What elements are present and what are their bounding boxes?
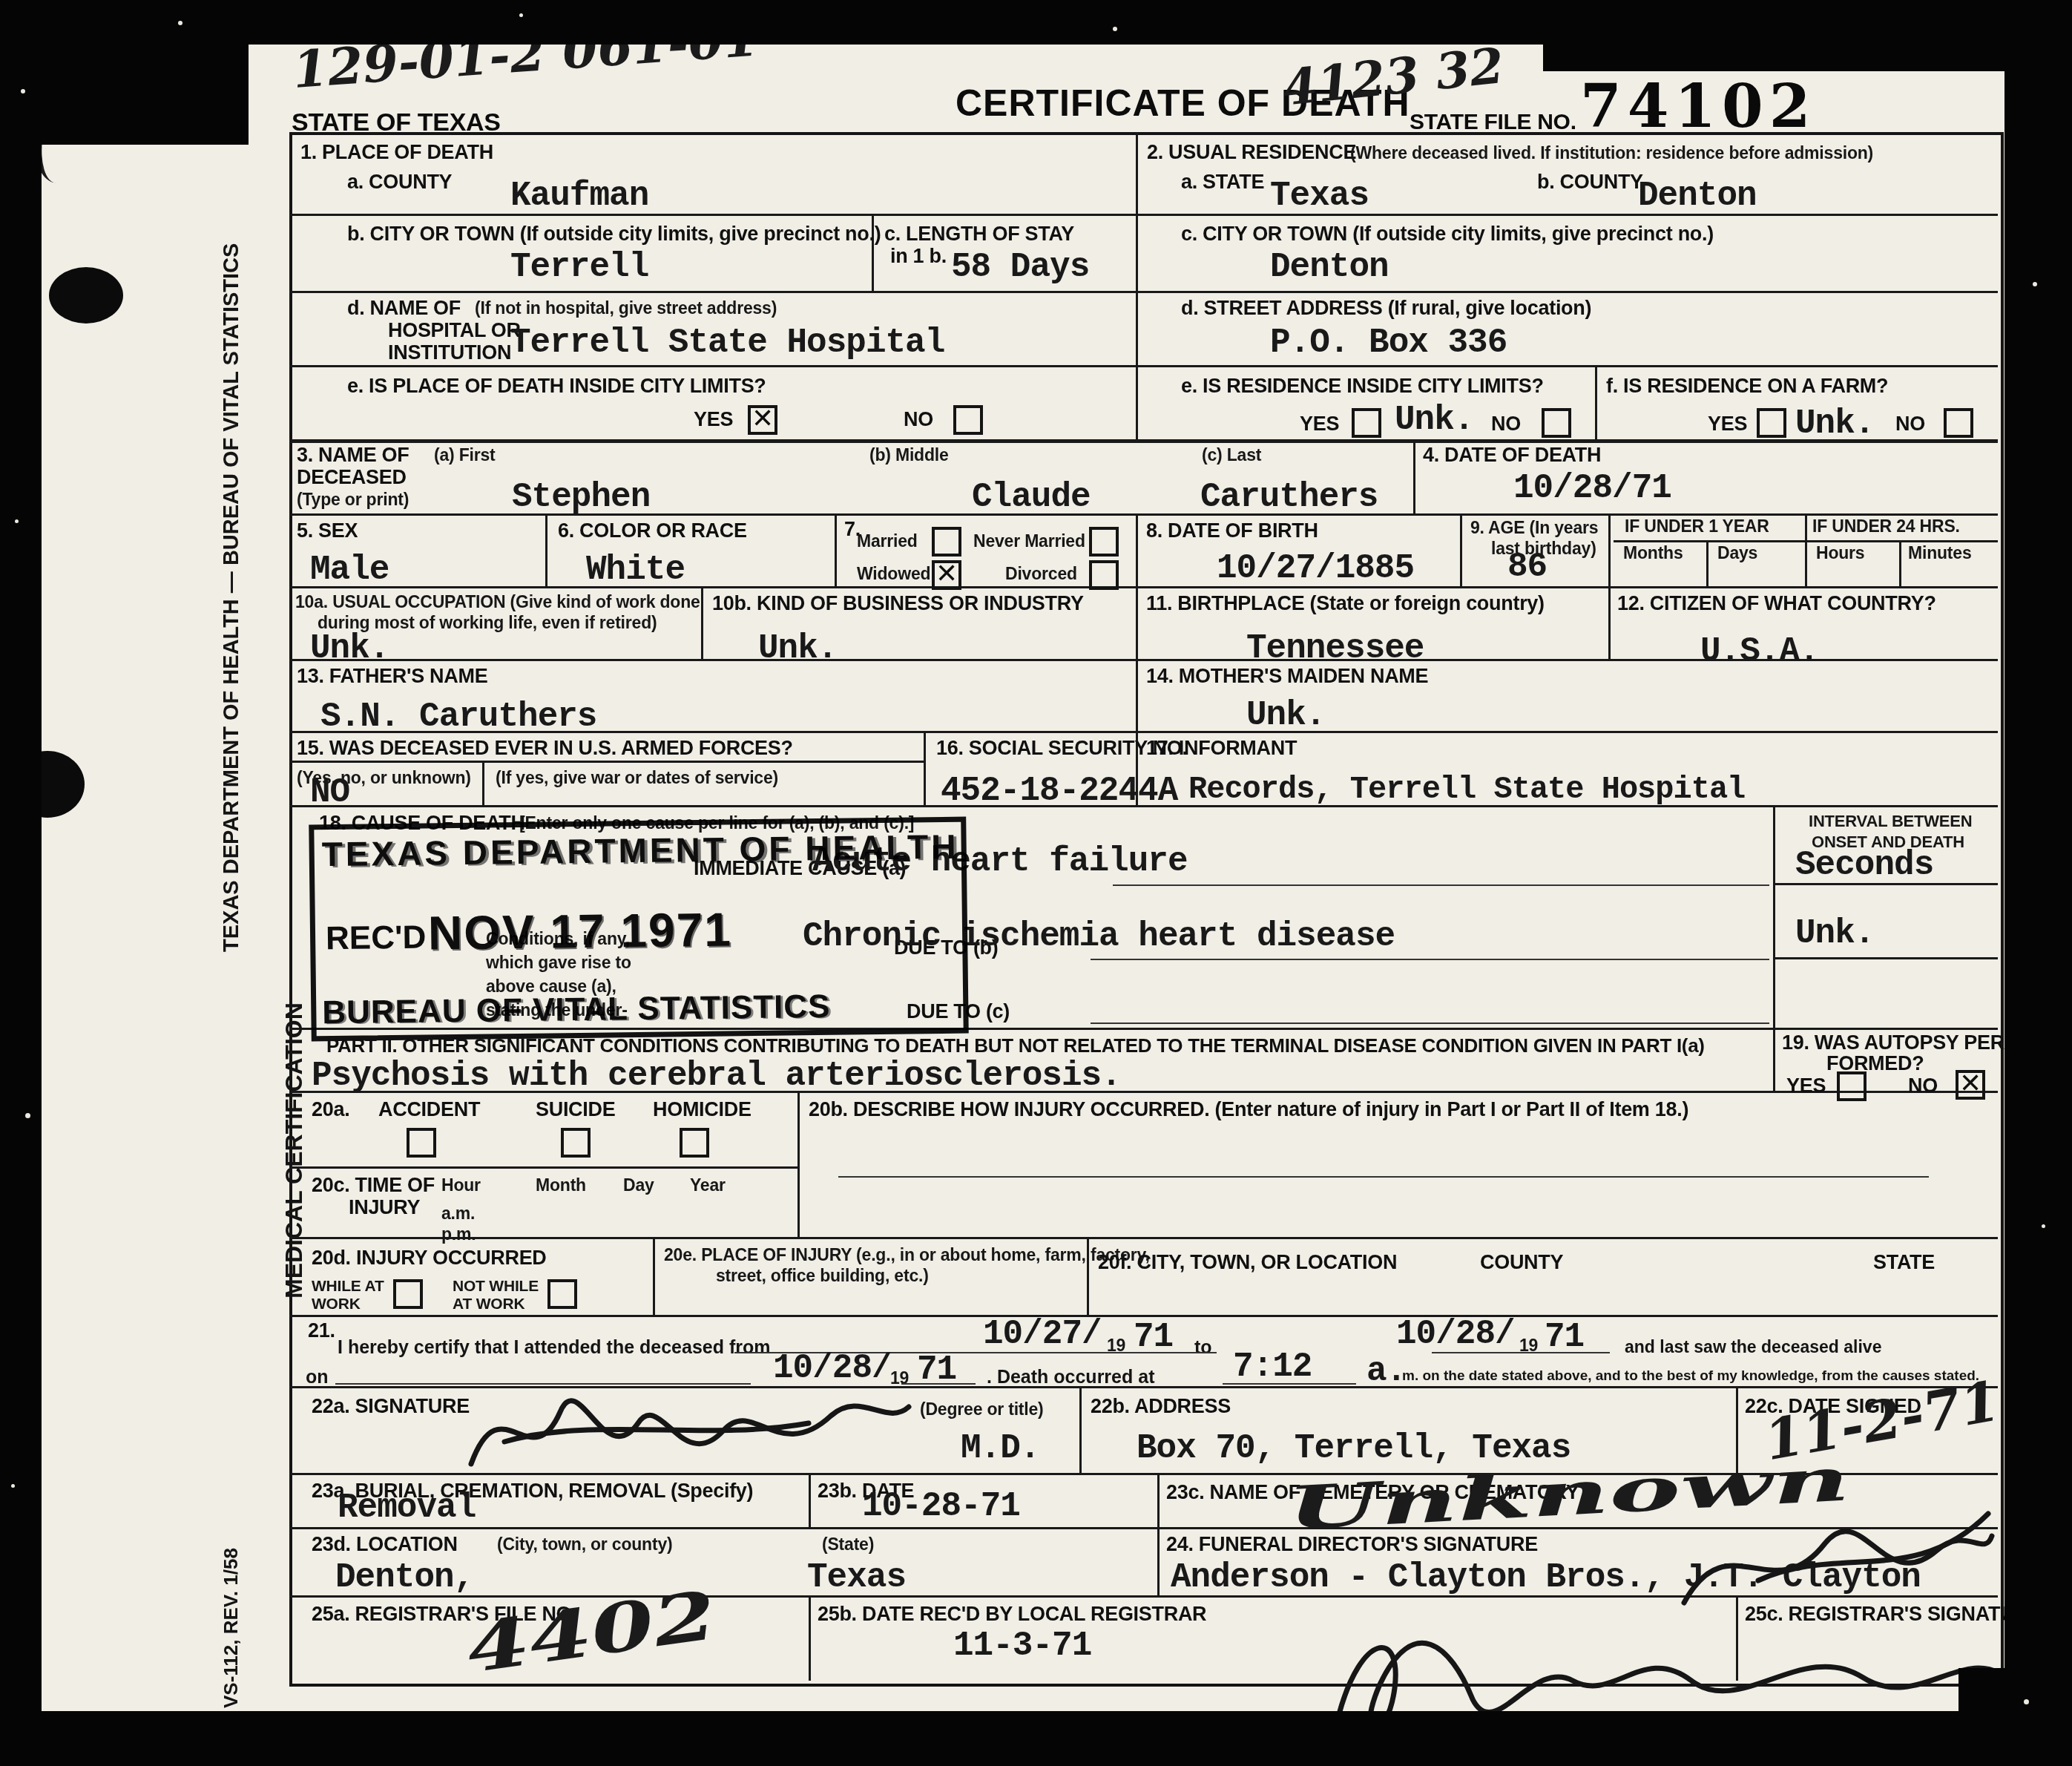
scan-edge-right (2004, 0, 2072, 1766)
field-20c-label1: 20c. TIME OF (312, 1174, 435, 1197)
field-1b-city-value: Terrell (510, 248, 648, 286)
rule-line (1413, 439, 1415, 513)
field-24-funeral-label: 24. FUNERAL DIRECTOR'S SIGNATURE (1166, 1533, 1538, 1556)
field-20c-day-label: Day (623, 1175, 654, 1195)
rule-line (1136, 513, 1138, 805)
answer-line (838, 1176, 1929, 1178)
scan-speck (11, 1484, 15, 1488)
field-4-dod-value: 10/28/71 (1513, 469, 1671, 508)
field-20c-am-label: a.m. (441, 1204, 475, 1224)
rule-line (1706, 540, 1708, 586)
field-3-first-label: (a) First (434, 445, 496, 465)
field-3-title3: (Type or print) (297, 490, 409, 510)
field-12-citizen-value: U.S.A. (1700, 632, 1819, 671)
field-25b-daterecd-label: 25b. DATE REC'D BY LOCAL REGISTRAR (818, 1603, 1206, 1626)
field-20c-month-label: Month (536, 1175, 586, 1195)
checkbox-1e-yes: ✕ (748, 405, 777, 435)
field-21-alive-text: and last saw the deceased alive (1625, 1337, 1881, 1357)
checkbox-1e-no (953, 405, 983, 435)
field-2c-city-label: c. CITY OR TOWN (If outside city limits,… (1181, 223, 1714, 246)
field-2f-no-label: NO (1895, 413, 1925, 436)
field-1d-hospital-paren: (If not in hospital, give street address… (475, 298, 777, 318)
field-14-mother-value: Unk. (1246, 696, 1325, 735)
field-21-from-date: 10/27/ (983, 1315, 1102, 1353)
checkbox-20a-suicide (561, 1128, 591, 1158)
interval-b-value: Unk. (1795, 914, 1874, 953)
field-8-dob-value: 10/27/1885 (1217, 549, 1414, 588)
field-20f-label: 20f. CITY, TOWN, OR LOCATION (1098, 1251, 1397, 1274)
field-20f-county-label: COUNTY (1480, 1251, 1563, 1274)
field-22a-md-value: M.D. (961, 1429, 1039, 1468)
checkbox-19-no: ✕ (1956, 1070, 1985, 1100)
scan-speck (1113, 27, 1117, 31)
rule-line (1773, 957, 1998, 959)
field-6-race-value: White (586, 551, 685, 589)
checkbox-7-married (932, 527, 961, 557)
rule-line (809, 1595, 811, 1681)
field-10b-industry-value: Unk. (758, 629, 837, 668)
checkbox-20a-accident (407, 1128, 436, 1158)
state-file-no-label: STATE FILE NO. (1410, 110, 1576, 135)
answer-line (1113, 884, 1769, 886)
rule-line (289, 586, 1998, 588)
field-20d-notwhile2: AT WORK (453, 1296, 524, 1313)
field-21-to-date: 10/28/ (1396, 1315, 1515, 1353)
scanned-death-certificate: TEXAS DEPARTMENT OF HEALTH — BUREAU OF V… (0, 0, 2072, 1766)
bureau-received-stamp: TEXAS DEPARTMENT OF HEALTH REC'D NOV 17 … (309, 817, 969, 1042)
scan-speck (519, 13, 523, 17)
field-3-first-value: Stephen (512, 478, 650, 516)
field-13-father-value: S.N. Caruthers (320, 697, 596, 736)
margin-department-text: TEXAS DEPARTMENT OF HEALTH — BUREAU OF V… (220, 266, 254, 952)
field-2b-county-value: Denton (1638, 177, 1757, 215)
field-12-citizen-label: 12. CITIZEN OF WHAT COUNTRY? (1617, 592, 1936, 615)
field-2a-state-value: Texas (1270, 177, 1369, 215)
field-23d-city-paren: (City, town, or county) (497, 1534, 672, 1555)
rule-line (289, 439, 1998, 443)
field-20e-label1: 20e. PLACE OF INJURY (e.g., in or about … (664, 1245, 1150, 1265)
scan-speck (21, 89, 25, 93)
field-19-no-label: NO (1908, 1074, 1938, 1097)
rule-line (289, 761, 924, 763)
field-21-rest-text: m. on the date stated above, and to the … (1402, 1368, 1979, 1385)
field-25b-daterecd-value: 11-3-71 (953, 1627, 1091, 1665)
stamp-recd: REC'D (326, 919, 427, 958)
field-21-ampm: a. (1366, 1352, 1406, 1391)
field-2c-city-value: Denton (1270, 248, 1389, 286)
field-20c-label2: INJURY (349, 1196, 420, 1219)
field-20b-label: 20b. DESCRIBE HOW INJURY OCCURRED. (Ente… (809, 1098, 1688, 1121)
field-10a-occupation-value: Unk. (310, 629, 389, 668)
field-20c-year-label: Year (690, 1175, 726, 1195)
under-1-year-months-label: Months (1623, 543, 1683, 563)
field-4-dod-label: 4. DATE OF DEATH (1423, 444, 1601, 467)
field-20a-accident-label: ACCIDENT (378, 1098, 480, 1121)
field-2b-county-label: b. COUNTY (1537, 171, 1643, 194)
field-22b-address-label: 22b. ADDRESS (1091, 1395, 1231, 1418)
field-21-time-value: 7:12 (1233, 1348, 1312, 1386)
checkbox-7-divorced (1089, 560, 1119, 590)
field-1d-hospital-value: Terrell State Hospital (510, 324, 944, 362)
under-24-hrs-title: IF UNDER 24 HRS. (1812, 516, 1960, 536)
under-1-year-title: IF UNDER 1 YEAR (1625, 516, 1769, 536)
field-1d-hospital-label2: HOSPITAL OR (388, 319, 521, 342)
rule-line (289, 1237, 1998, 1239)
field-2a-state-label: a. STATE (1181, 171, 1264, 194)
state-file-number: 74102 (1580, 71, 1816, 141)
checkbox-20d-not-while-at-work (547, 1279, 577, 1309)
field-20d-while2: WORK (312, 1296, 361, 1313)
scan-speck (15, 519, 19, 523)
scan-edge-bottom (0, 1711, 1970, 1766)
field-10a-occupation-label1: 10a. USUAL OCCUPATION (Give kind of work… (295, 592, 700, 612)
field-3-last-value: Caruthers (1200, 478, 1378, 516)
rule-line (653, 1237, 655, 1315)
rule-line (1805, 513, 1807, 586)
field-21-to-year: 71 (1545, 1318, 1584, 1356)
field-1c-stay-label2: in 1 b. (890, 245, 947, 268)
field-23d-location-label: 23d. LOCATION (312, 1533, 458, 1556)
scan-edge-bottom-right (1958, 1668, 2072, 1766)
field-5-sex-value: Male (310, 551, 389, 589)
field-15-paren2: (If yes, give war or dates of service) (496, 768, 778, 788)
answer-line (1432, 1352, 1610, 1353)
rule-line (482, 761, 484, 805)
checkbox-20a-homicide (680, 1128, 709, 1158)
field-2f-farm-label: f. IS RESIDENCE ON A FARM? (1606, 375, 1888, 398)
field-23d-state-value: Texas (807, 1558, 906, 1597)
field-1e-citylimits-label: e. IS PLACE OF DEATH INSIDE CITY LIMITS? (347, 375, 766, 398)
field-10b-industry-label: 10b. KIND OF BUSINESS OR INDUSTRY (712, 592, 1084, 615)
field-20f-state-label: STATE (1873, 1251, 1935, 1274)
field-20a-suicide-label: SUICIDE (536, 1098, 615, 1121)
rule-line (835, 513, 837, 586)
field-7-divorced-label: Divorced (1005, 564, 1077, 584)
rule-line (1136, 132, 1138, 439)
field-23a-burial-value: Removal (338, 1488, 476, 1527)
rule-line (1595, 365, 1597, 439)
scan-speck (2033, 282, 2037, 286)
field-19-autopsy-label1: 19. WAS AUTOPSY PER- (1782, 1031, 2011, 1054)
scan-speck (25, 1113, 30, 1118)
checkbox-19-yes (1837, 1071, 1867, 1101)
field-7-married-label: Married (857, 531, 918, 551)
field-19-yes-label: YES (1786, 1074, 1826, 1097)
field-1d-hospital-label3: INSTITUTION (388, 341, 511, 364)
field-22a-degree-label: (Degree or title) (920, 1399, 1044, 1419)
field-20a-label: 20a. (312, 1098, 349, 1121)
field-13-father-label: 13. FATHER'S NAME (297, 665, 487, 688)
field-1e-no-label: NO (904, 408, 933, 431)
field-22a-signature-label: 22a. SIGNATURE (312, 1395, 470, 1418)
field-16-ssn-value: 452-18-2244A (941, 772, 1177, 810)
checkbox-2e-yes (1352, 408, 1381, 438)
field-2e-citylimits-label: e. IS RESIDENCE INSIDE CITY LIMITS? (1181, 375, 1544, 398)
field-21-death-occurred-label: . Death occurred at (987, 1367, 1154, 1388)
field-11-birthplace-label: 11. BIRTHPLACE (State or foreign country… (1146, 592, 1545, 615)
field-3-last-label: (c) Last (1202, 445, 1261, 465)
rule-line (1079, 1386, 1082, 1473)
checkbox-20d-while-at-work (393, 1279, 423, 1309)
under-1-year-days-label: Days (1717, 543, 1757, 563)
stamp-line1: TEXAS DEPARTMENT OF HEALTH (321, 827, 958, 874)
field-7-widowed-label: Widowed (857, 564, 930, 584)
field-7-never-label: Never Married (973, 531, 1085, 551)
scan-speck (2024, 1699, 2029, 1704)
interval-header1: INTERVAL BETWEEN (1809, 812, 1973, 831)
rule-line (289, 291, 1998, 293)
field-23d-state-paren: (State) (822, 1534, 874, 1555)
field-17-informant-value: Records, Terrell State Hospital (1188, 772, 1745, 807)
field-3-middle-value: Claude (972, 478, 1091, 516)
field-21-num: 21. (308, 1319, 335, 1342)
field-2e-yes-label: YES (1300, 413, 1339, 436)
answer-line (1091, 959, 1769, 960)
field-11-birthplace-value: Tennessee (1246, 629, 1424, 668)
field-20d-while1: WHILE AT (312, 1278, 384, 1296)
field-15-forces-label: 15. WAS DECEASED EVER IN U.S. ARMED FORC… (297, 737, 793, 760)
checkbox-2f-no (1944, 408, 1973, 438)
field-23b-date-value: 10-28-71 (862, 1487, 1020, 1526)
field-15-forces-value: NO (310, 773, 349, 812)
field-17-informant-label: 17. INFORMANT (1146, 737, 1297, 760)
field-1e-yes-label: YES (694, 408, 733, 431)
field-1a-county-label: a. COUNTY (347, 171, 452, 194)
under-24-hrs-hours-label: Hours (1816, 543, 1864, 563)
field-2e-unk-value: Unk. (1395, 401, 1473, 439)
field-23d-city-value: Denton, (335, 1558, 473, 1597)
field-6-race-label: 6. COLOR OR RACE (558, 519, 747, 542)
field-2f-unk-value: Unk. (1795, 404, 1874, 443)
field-2d-street-label: d. STREET ADDRESS (If rural, give locati… (1181, 297, 1591, 320)
stamp-line2: BUREAU OF VITAL STATISTICS (322, 988, 831, 1031)
field-20a-homicide-label: HOMICIDE (653, 1098, 751, 1121)
field-3-title2: DECEASED (297, 466, 407, 489)
scan-speck (178, 21, 182, 25)
field-21-on-label: on (306, 1367, 329, 1388)
field-3-middle-label: (b) Middle (869, 445, 949, 465)
field-5-sex-label: 5. SEX (297, 519, 358, 542)
field-20e-label2: street, office building, etc.) (716, 1266, 929, 1286)
field-8-dob-label: 8. DATE OF BIRTH (1146, 519, 1318, 542)
field-1d-hospital-label: d. NAME OF (347, 297, 461, 320)
field-2-title-paren: (Where deceased lived. If institution: r… (1350, 143, 1873, 163)
rule-line (289, 1166, 797, 1169)
field-9-age-value: 86 (1507, 548, 1547, 586)
field-3-title1: 3. NAME OF (297, 444, 410, 467)
field-20c-hour-label: Hour (441, 1175, 481, 1195)
field-1a-county-value: Kaufman (510, 177, 648, 215)
scan-edge-top-right (1543, 0, 2072, 71)
rule-line (797, 1091, 800, 1237)
field-2d-street-value: P.O. Box 336 (1270, 324, 1507, 362)
field-20d-label: 20d. INJURY OCCURRED (312, 1247, 547, 1270)
field-1c-stay-label: c. LENGTH OF STAY (884, 223, 1074, 246)
rule-line (289, 1315, 1998, 1317)
field-21-to-label: to (1194, 1337, 1212, 1359)
part2-label: PART II. OTHER SIGNIFICANT CONDITIONS CO… (326, 1034, 1705, 1057)
rule-line (1157, 1473, 1160, 1595)
interval-a-value: Seconds (1795, 846, 1933, 884)
ink-blob (49, 267, 123, 324)
scan-speck (2042, 1224, 2045, 1228)
field-9-age-label1: 9. AGE (In years (1470, 518, 1598, 538)
rule-line (1608, 513, 1611, 659)
field-1b-city-label: b. CITY OR TOWN (If outside city limits,… (347, 223, 881, 246)
checkbox-7-never-married (1089, 527, 1119, 557)
checkbox-7-widowed: ✕ (932, 560, 961, 590)
field-1-title: 1. PLACE OF DEATH (300, 141, 493, 164)
field-21-from-year: 71 (1134, 1318, 1173, 1356)
field-14-mother-label: 14. MOTHER'S MAIDEN NAME (1146, 665, 1428, 688)
rule-line (701, 586, 703, 659)
rule-line (1899, 540, 1901, 586)
answer-line (1091, 1022, 1769, 1024)
answer-line (1223, 1383, 1356, 1385)
stamp-date: NOV 17 1971 (428, 902, 733, 960)
physician-signature (460, 1371, 920, 1483)
field-1c-stay-value: 58 Days (951, 248, 1089, 286)
margin-form-number: VS-112, REV. 1/58 (220, 1514, 249, 1708)
field-2e-no-label: NO (1491, 413, 1521, 436)
rule-line (545, 513, 547, 586)
field-21-certify-text: I hereby certify that I attended the dec… (338, 1337, 771, 1359)
part2-value: Psychosis with cerebral arteriosclerosis… (312, 1057, 1121, 1095)
checkbox-2f-yes (1757, 408, 1786, 438)
rule-line (1460, 513, 1462, 586)
scan-edge-left (0, 0, 42, 1766)
field-2f-yes-label: YES (1708, 413, 1747, 436)
field-20d-notwhile1: NOT WHILE (453, 1278, 539, 1296)
field-20c-pm-label: p.m. (441, 1224, 476, 1244)
rule-line (924, 731, 926, 805)
rule-line (1773, 805, 1775, 1091)
checkbox-2e-no (1542, 408, 1571, 438)
field-2-title: 2. USUAL RESIDENCE (1147, 141, 1356, 164)
rule-line (289, 365, 1998, 367)
under-24-hrs-minutes-label: Minutes (1908, 543, 1972, 563)
